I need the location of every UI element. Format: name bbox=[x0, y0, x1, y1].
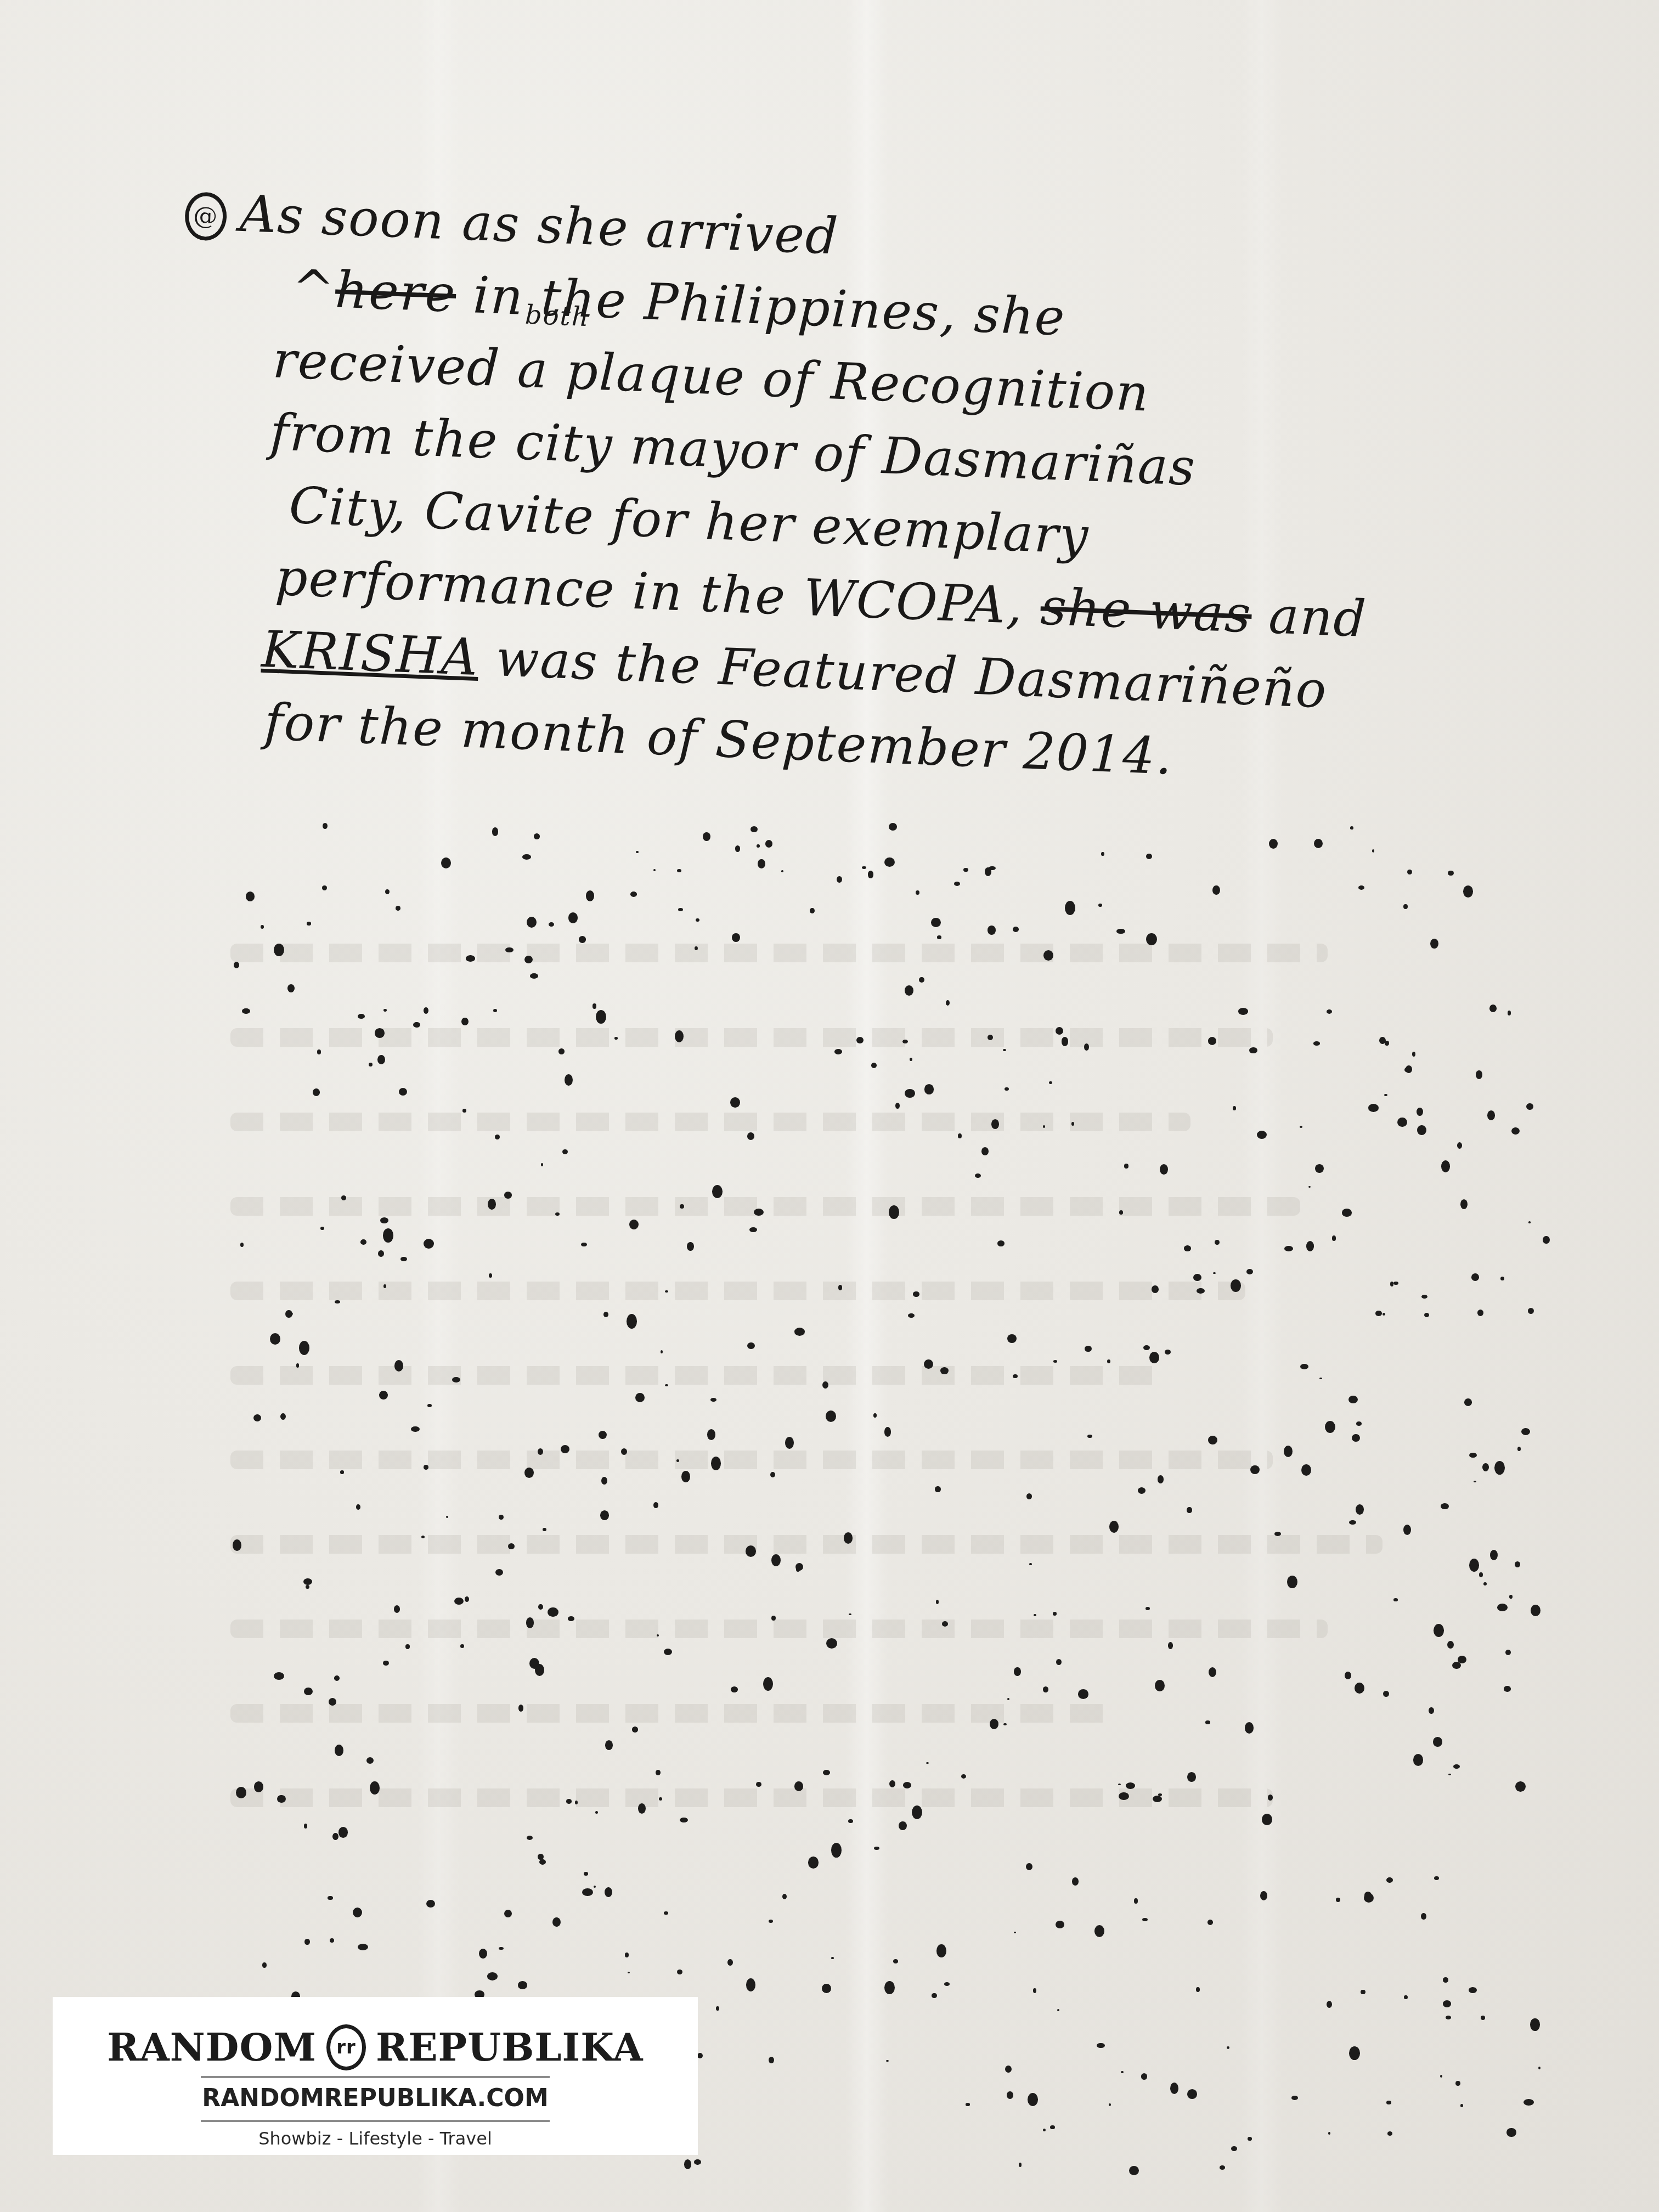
toner-speck bbox=[848, 1819, 853, 1823]
toner-speck bbox=[754, 1209, 764, 1216]
toner-speck bbox=[304, 1688, 312, 1695]
toner-speck bbox=[1528, 1221, 1531, 1223]
toner-speck bbox=[731, 1686, 738, 1692]
toner-speck bbox=[886, 2060, 889, 2062]
toner-speck bbox=[504, 1192, 512, 1199]
toner-speck bbox=[296, 1363, 299, 1367]
struck-text: here bbox=[334, 261, 457, 324]
toner-speck bbox=[975, 1173, 981, 1178]
toner-speck bbox=[1029, 1563, 1032, 1565]
toner-speck bbox=[822, 1984, 831, 1993]
toner-speck bbox=[697, 2053, 703, 2058]
toner-speck bbox=[1386, 2101, 1392, 2104]
toner-speck bbox=[1476, 1070, 1482, 1079]
toner-speck bbox=[771, 1554, 781, 1566]
toner-speck bbox=[518, 1981, 527, 1989]
toner-speck bbox=[1368, 1104, 1379, 1112]
toner-speck bbox=[424, 1465, 428, 1469]
toner-speck bbox=[910, 1058, 912, 1061]
toner-speck bbox=[1262, 1814, 1272, 1825]
toner-speck bbox=[1233, 1106, 1236, 1110]
toner-speck bbox=[460, 1644, 464, 1648]
toner-speck bbox=[763, 1677, 773, 1691]
toner-speck bbox=[844, 1532, 853, 1544]
toner-speck bbox=[1155, 1680, 1164, 1691]
toner-speck bbox=[1193, 1274, 1201, 1282]
toner-speck bbox=[1397, 1118, 1407, 1127]
toner-speck bbox=[681, 1471, 690, 1482]
toner-speck bbox=[942, 1621, 949, 1627]
toner-speck bbox=[782, 1894, 787, 1899]
toner-speck bbox=[1138, 1487, 1146, 1494]
toner-speck bbox=[871, 1063, 877, 1068]
toner-speck bbox=[932, 1993, 937, 1999]
toner-speck bbox=[895, 1103, 900, 1109]
toner-speck bbox=[1187, 1772, 1197, 1782]
toner-speck bbox=[489, 1273, 492, 1278]
toner-speck bbox=[1511, 1127, 1520, 1135]
toner-speck bbox=[1458, 1656, 1466, 1663]
toner-speck bbox=[1385, 1041, 1389, 1046]
toner-speck bbox=[749, 1227, 757, 1232]
toner-speck bbox=[1143, 1345, 1150, 1350]
struck-text: she was bbox=[1040, 577, 1253, 644]
divider bbox=[201, 2076, 550, 2078]
toner-speck bbox=[1306, 1241, 1314, 1251]
toner-speck bbox=[874, 1847, 879, 1850]
toner-speck bbox=[1208, 1037, 1216, 1045]
toner-speck bbox=[1443, 1977, 1449, 1982]
toner-speck bbox=[905, 1089, 915, 1098]
toner-speck bbox=[902, 1040, 908, 1043]
toner-speck bbox=[958, 1133, 962, 1138]
toner-speck bbox=[421, 1536, 425, 1538]
toner-speck bbox=[1308, 1186, 1311, 1188]
toner-speck bbox=[1078, 1689, 1089, 1699]
toner-speck bbox=[234, 962, 239, 968]
toner-speck bbox=[280, 1413, 286, 1420]
toner-speck bbox=[1434, 1876, 1439, 1880]
toner-speck bbox=[492, 827, 499, 836]
toner-speck bbox=[584, 1872, 588, 1876]
toner-speck bbox=[1446, 2016, 1451, 2019]
toner-speck bbox=[1441, 1503, 1449, 1509]
toner-speck bbox=[1026, 1863, 1032, 1870]
toner-speck bbox=[413, 1022, 420, 1028]
toner-speck bbox=[678, 908, 683, 911]
toner-speck bbox=[746, 1545, 756, 1557]
toner-speck bbox=[1142, 1918, 1148, 1921]
toner-speck bbox=[924, 1359, 933, 1369]
toner-speck bbox=[277, 1795, 286, 1803]
toner-speck bbox=[1372, 849, 1374, 853]
toner-speck bbox=[488, 1199, 495, 1210]
toner-speck bbox=[868, 871, 874, 878]
toner-speck bbox=[307, 922, 312, 926]
toner-speck bbox=[1345, 1672, 1351, 1679]
toner-speck bbox=[1097, 2043, 1104, 2048]
toner-speck bbox=[493, 1009, 497, 1012]
toner-speck bbox=[808, 1857, 819, 1869]
toner-speck bbox=[274, 1672, 284, 1680]
toner-speck bbox=[747, 1132, 755, 1140]
toner-speck bbox=[694, 2159, 701, 2165]
toner-speck bbox=[1260, 1891, 1267, 1900]
toner-speck bbox=[1481, 2016, 1485, 2020]
toner-speck bbox=[1158, 1793, 1162, 1796]
toner-speck bbox=[1094, 1925, 1104, 1937]
toner-speck bbox=[446, 1516, 448, 1518]
toner-speck bbox=[1336, 1898, 1340, 1902]
toner-speck bbox=[505, 947, 513, 952]
toner-speck bbox=[716, 2006, 719, 2010]
toner-speck bbox=[1390, 1282, 1393, 1286]
brand-word-right: REPUBLIKA bbox=[376, 2024, 644, 2070]
toner-speck bbox=[770, 1472, 775, 1477]
toner-speck bbox=[353, 1908, 362, 1918]
toner-speck bbox=[628, 1972, 630, 1973]
toner-speck bbox=[1356, 1504, 1364, 1515]
toner-speck bbox=[1417, 1125, 1426, 1136]
toner-speck bbox=[856, 1037, 864, 1043]
toner-speck bbox=[1033, 1988, 1037, 1993]
toner-speck bbox=[1205, 1720, 1210, 1724]
toner-speck bbox=[653, 869, 656, 871]
toner-speck bbox=[913, 1291, 919, 1296]
toner-speck bbox=[961, 1774, 966, 1779]
toner-speck bbox=[1356, 1421, 1362, 1425]
toner-speck bbox=[632, 1726, 639, 1733]
toner-speck bbox=[1508, 1011, 1511, 1015]
toner-speck bbox=[834, 1049, 842, 1054]
toner-speck bbox=[1383, 1691, 1389, 1697]
toner-speck bbox=[837, 876, 842, 883]
toner-speck bbox=[1109, 2103, 1111, 2106]
toner-speck bbox=[1430, 939, 1438, 949]
toner-speck bbox=[1543, 1236, 1549, 1244]
toner-speck bbox=[1026, 1493, 1032, 1499]
toner-speck bbox=[884, 1427, 891, 1437]
toner-speck bbox=[1364, 1892, 1372, 1899]
toner-speck bbox=[1268, 1795, 1273, 1801]
toner-speck bbox=[383, 1228, 394, 1243]
toner-speck bbox=[378, 1250, 384, 1257]
toner-speck bbox=[1107, 1359, 1110, 1363]
toner-speck bbox=[575, 1801, 578, 1804]
watermark-logo-box: RANDOM rr REPUBLIKA RANDOMREPUBLIKA.COM … bbox=[53, 1997, 698, 2155]
toner-speck bbox=[826, 1410, 836, 1422]
toner-speck bbox=[233, 1539, 241, 1551]
toner-speck bbox=[306, 1585, 309, 1589]
toner-speck bbox=[538, 1604, 543, 1610]
toner-speck bbox=[424, 1007, 428, 1013]
toner-speck bbox=[1517, 1447, 1521, 1451]
toner-speck bbox=[504, 1910, 512, 1918]
watermark-brand: RANDOM rr REPUBLIKA bbox=[53, 2024, 698, 2070]
toner-speck bbox=[541, 1163, 544, 1166]
toner-speck bbox=[1457, 1142, 1463, 1149]
toner-speck bbox=[794, 1328, 805, 1336]
toner-speck bbox=[889, 1205, 899, 1219]
toner-speck bbox=[538, 1448, 543, 1455]
toner-speck bbox=[1474, 1481, 1476, 1482]
toner-speck bbox=[822, 1381, 828, 1389]
toner-speck bbox=[1005, 1087, 1009, 1091]
toner-speck bbox=[1429, 1707, 1434, 1714]
toner-speck bbox=[383, 1661, 389, 1666]
toner-speck bbox=[565, 1074, 573, 1086]
toner-speck bbox=[1153, 1796, 1162, 1802]
toner-speck bbox=[1116, 929, 1125, 934]
toner-speck bbox=[1313, 1041, 1321, 1046]
toner-speck bbox=[1126, 1782, 1135, 1788]
toner-speck bbox=[680, 1818, 689, 1822]
toner-speck bbox=[1287, 1576, 1297, 1588]
toner-speck bbox=[1348, 1396, 1357, 1403]
toner-speck bbox=[997, 1240, 1005, 1246]
handwritten-note: @As soon as she arrived ^here in the Phi… bbox=[164, 176, 1502, 805]
toner-speck bbox=[758, 859, 765, 868]
toner-speck bbox=[375, 1028, 385, 1037]
toner-speck bbox=[1352, 1434, 1360, 1442]
toner-speck bbox=[751, 826, 758, 832]
insertion-caret: ^ bbox=[291, 259, 336, 319]
toner-speck bbox=[1490, 1550, 1498, 1560]
toner-speck bbox=[664, 1649, 672, 1655]
underlined-name: KRISHA bbox=[261, 620, 480, 687]
toner-speck bbox=[1284, 1246, 1293, 1251]
toner-speck bbox=[508, 1543, 515, 1549]
toner-speck bbox=[1469, 1559, 1479, 1572]
toner-speck bbox=[1384, 1094, 1387, 1096]
toner-speck bbox=[1417, 1108, 1423, 1116]
toner-speck bbox=[334, 1675, 340, 1681]
toner-speck bbox=[1119, 1210, 1123, 1215]
watermark-tagline: Showbiz - Lifestyle - Travel bbox=[53, 2126, 698, 2151]
toner-speck bbox=[940, 1367, 949, 1374]
toner-speck bbox=[884, 1981, 895, 1994]
toner-speck bbox=[935, 1486, 941, 1493]
toner-speck bbox=[360, 1239, 366, 1245]
toner-speck bbox=[954, 882, 960, 886]
toner-speck bbox=[579, 936, 586, 943]
toner-speck bbox=[527, 917, 537, 928]
toner-speck bbox=[810, 908, 814, 913]
toner-speck bbox=[831, 1843, 842, 1857]
toner-speck bbox=[499, 1947, 503, 1950]
toner-speck bbox=[317, 1049, 320, 1054]
toner-speck bbox=[1300, 1126, 1302, 1127]
toner-speck bbox=[884, 857, 895, 867]
toner-speck bbox=[396, 906, 400, 911]
toner-speck bbox=[600, 1510, 609, 1520]
toner-speck bbox=[592, 1003, 597, 1008]
toner-speck bbox=[936, 1600, 939, 1604]
toner-speck bbox=[862, 866, 866, 869]
toner-speck bbox=[1187, 2089, 1197, 2098]
toner-speck bbox=[659, 1797, 662, 1801]
toner-speck bbox=[1187, 1507, 1192, 1513]
toner-speck bbox=[465, 1596, 469, 1602]
toner-speck bbox=[1146, 854, 1152, 859]
toner-speck bbox=[358, 1014, 365, 1019]
toner-speck bbox=[1087, 1435, 1092, 1438]
toner-speck bbox=[711, 1457, 721, 1470]
toner-speck bbox=[1413, 1754, 1423, 1766]
watermark-url: RANDOMREPUBLIKA.COM bbox=[53, 2083, 698, 2114]
toner-speck bbox=[1118, 1784, 1121, 1785]
toner-speck bbox=[1538, 2067, 1541, 2069]
toner-speck bbox=[601, 1477, 607, 1485]
toner-speck bbox=[538, 1854, 544, 1860]
toner-speck bbox=[1053, 1612, 1057, 1616]
toner-speck bbox=[495, 1135, 500, 1139]
toner-speck bbox=[566, 1799, 572, 1804]
toner-speck bbox=[582, 1888, 593, 1896]
toner-speck bbox=[1448, 871, 1453, 876]
toner-speck bbox=[1531, 1605, 1541, 1616]
toner-speck bbox=[1209, 1667, 1216, 1677]
toner-speck bbox=[1056, 1027, 1063, 1035]
toner-speck bbox=[462, 1109, 467, 1113]
toner-speck bbox=[638, 1803, 646, 1814]
toner-speck bbox=[605, 1887, 612, 1898]
toner-speck bbox=[1342, 1209, 1352, 1217]
toner-speck bbox=[1005, 2066, 1012, 2073]
toner-speck bbox=[1034, 1614, 1036, 1616]
toner-speck bbox=[1053, 1360, 1057, 1363]
toner-speck bbox=[1327, 2001, 1332, 2008]
toner-speck bbox=[1349, 2046, 1360, 2060]
toner-speck bbox=[1129, 2166, 1139, 2175]
toner-speck bbox=[1007, 1698, 1009, 1700]
toner-speck bbox=[568, 1616, 574, 1621]
toner-speck bbox=[630, 891, 637, 897]
toner-speck bbox=[1165, 1350, 1171, 1355]
toner-speck bbox=[1460, 1199, 1468, 1210]
toner-speck bbox=[524, 956, 533, 963]
toner-speck bbox=[1332, 1235, 1336, 1240]
toner-speck bbox=[629, 1220, 639, 1230]
toner-speck bbox=[341, 1195, 347, 1200]
toner-speck bbox=[1386, 1877, 1393, 1883]
toner-speck bbox=[328, 1896, 333, 1900]
toner-speck bbox=[903, 1782, 911, 1788]
toner-speck bbox=[558, 1048, 565, 1054]
toner-speck bbox=[1325, 1421, 1335, 1433]
toner-speck bbox=[1434, 1624, 1444, 1637]
toner-speck bbox=[765, 840, 772, 848]
toner-speck bbox=[1424, 1313, 1430, 1318]
toner-speck bbox=[924, 1084, 934, 1094]
toner-speck bbox=[452, 1377, 460, 1383]
toner-speck bbox=[370, 1781, 379, 1794]
toner-speck bbox=[1057, 2009, 1059, 2011]
toner-speck bbox=[1464, 1398, 1472, 1406]
toner-speck bbox=[1328, 2132, 1330, 2135]
toner-speck bbox=[1421, 1913, 1426, 1920]
toner-speck bbox=[635, 1393, 645, 1402]
toner-speck bbox=[261, 925, 264, 929]
toner-speck bbox=[461, 1018, 469, 1025]
toner-speck bbox=[1019, 2163, 1022, 2167]
toner-speck bbox=[873, 1413, 876, 1417]
toner-speck bbox=[385, 889, 390, 894]
toner-speck bbox=[1248, 2137, 1252, 2141]
toner-speck bbox=[1355, 1683, 1364, 1694]
toner-speck bbox=[1504, 1686, 1511, 1692]
toner-speck bbox=[1505, 1650, 1511, 1655]
toner-speck bbox=[1215, 1240, 1220, 1245]
toner-speck bbox=[534, 833, 540, 839]
toner-speck bbox=[240, 1243, 244, 1247]
toner-speck bbox=[394, 1605, 400, 1613]
toner-speck bbox=[757, 844, 759, 847]
note-text: and bbox=[1251, 585, 1368, 648]
toner-speck bbox=[1300, 1364, 1308, 1369]
toner-speck bbox=[1448, 1774, 1451, 1775]
toner-speck bbox=[1014, 1932, 1016, 1934]
toner-speck bbox=[1007, 1334, 1017, 1343]
item-marker: @ bbox=[184, 191, 228, 241]
toner-speck bbox=[586, 890, 594, 901]
toner-speck bbox=[329, 1698, 337, 1706]
toner-speck bbox=[712, 1185, 723, 1198]
toner-speck bbox=[1043, 1686, 1049, 1693]
toner-speck bbox=[893, 1959, 898, 1963]
toner-speck bbox=[379, 1391, 388, 1400]
toner-speck bbox=[561, 1445, 569, 1453]
toner-speck bbox=[695, 946, 698, 950]
toner-speck bbox=[1056, 1921, 1064, 1928]
toner-speck bbox=[1494, 1461, 1505, 1475]
toner-speck bbox=[304, 1824, 308, 1829]
toner-speck bbox=[383, 1284, 386, 1288]
toner-speck bbox=[781, 870, 783, 872]
toner-speck bbox=[441, 857, 451, 869]
toner-speck bbox=[254, 1781, 264, 1792]
toner-speck bbox=[1483, 1582, 1487, 1585]
toner-speck bbox=[899, 1821, 907, 1831]
toner-speck bbox=[1460, 2104, 1463, 2107]
toner-speck bbox=[400, 1257, 407, 1261]
toner-speck bbox=[1119, 1792, 1128, 1800]
toner-speck bbox=[330, 1938, 334, 1943]
toner-speck bbox=[605, 1740, 613, 1750]
toner-speck bbox=[1220, 2165, 1226, 2170]
toner-speck bbox=[1231, 1279, 1241, 1292]
toner-speck bbox=[919, 977, 924, 983]
toner-speck bbox=[1406, 1065, 1412, 1073]
toner-speck bbox=[287, 984, 295, 993]
toner-speck bbox=[332, 1833, 338, 1840]
toner-speck bbox=[747, 1342, 755, 1349]
toner-speck bbox=[323, 823, 328, 828]
toner-speck bbox=[966, 2103, 970, 2106]
toner-speck bbox=[1014, 1667, 1021, 1677]
toner-speck bbox=[1050, 2125, 1055, 2129]
toner-speck bbox=[710, 1398, 716, 1402]
toner-speck bbox=[1403, 904, 1408, 909]
brand-logo-icon: rr bbox=[326, 2024, 366, 2070]
toner-speck bbox=[1500, 1277, 1504, 1280]
toner-speck bbox=[1393, 1598, 1398, 1601]
toner-speck bbox=[530, 973, 539, 979]
toner-speck bbox=[1101, 852, 1104, 856]
toner-speck bbox=[1350, 826, 1353, 829]
toner-speck bbox=[262, 1962, 267, 1968]
toner-speck bbox=[405, 1644, 410, 1649]
